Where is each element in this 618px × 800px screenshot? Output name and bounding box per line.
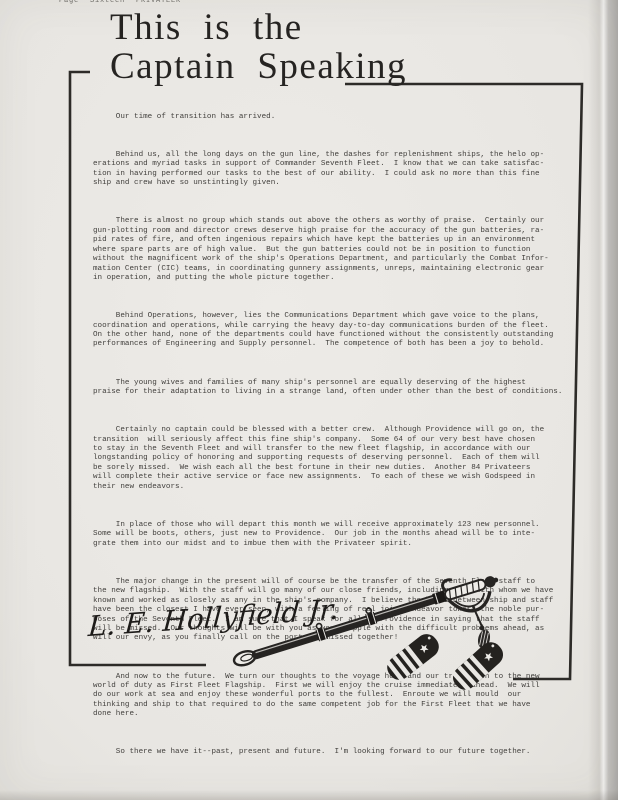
page-edge-shadow	[588, 0, 618, 800]
scanned-newsletter-page: Page Sixteen PRIVATEER This is the Capta…	[0, 0, 618, 800]
letter-body: Our time of transition has arrived. Behi…	[93, 94, 558, 787]
paragraph: Our time of transition has arrived.	[93, 113, 558, 122]
paragraph: In place of those who will depart this m…	[93, 521, 558, 549]
paragraph: Certainly no captain could be blessed wi…	[93, 426, 558, 492]
running-header: Page Sixteen PRIVATEER	[59, 0, 181, 5]
page-title: This is the Captain Speaking	[110, 8, 407, 86]
paragraph: So there we have it--past, present and f…	[93, 748, 558, 757]
title-line-1: This is the	[110, 8, 407, 47]
paragraph: The young wives and families of many shi…	[93, 379, 558, 398]
title-line-2: Captain Speaking	[110, 47, 407, 86]
paragraph: Behind us, all the long days on the gun …	[93, 151, 558, 189]
paragraph: Behind Operations, however, lies the Com…	[93, 312, 558, 350]
paragraph: And now to the future. We turn our thoug…	[93, 673, 558, 720]
paragraph: There is almost no group which stands ou…	[93, 217, 558, 283]
page-bottom-shadow	[0, 790, 618, 800]
